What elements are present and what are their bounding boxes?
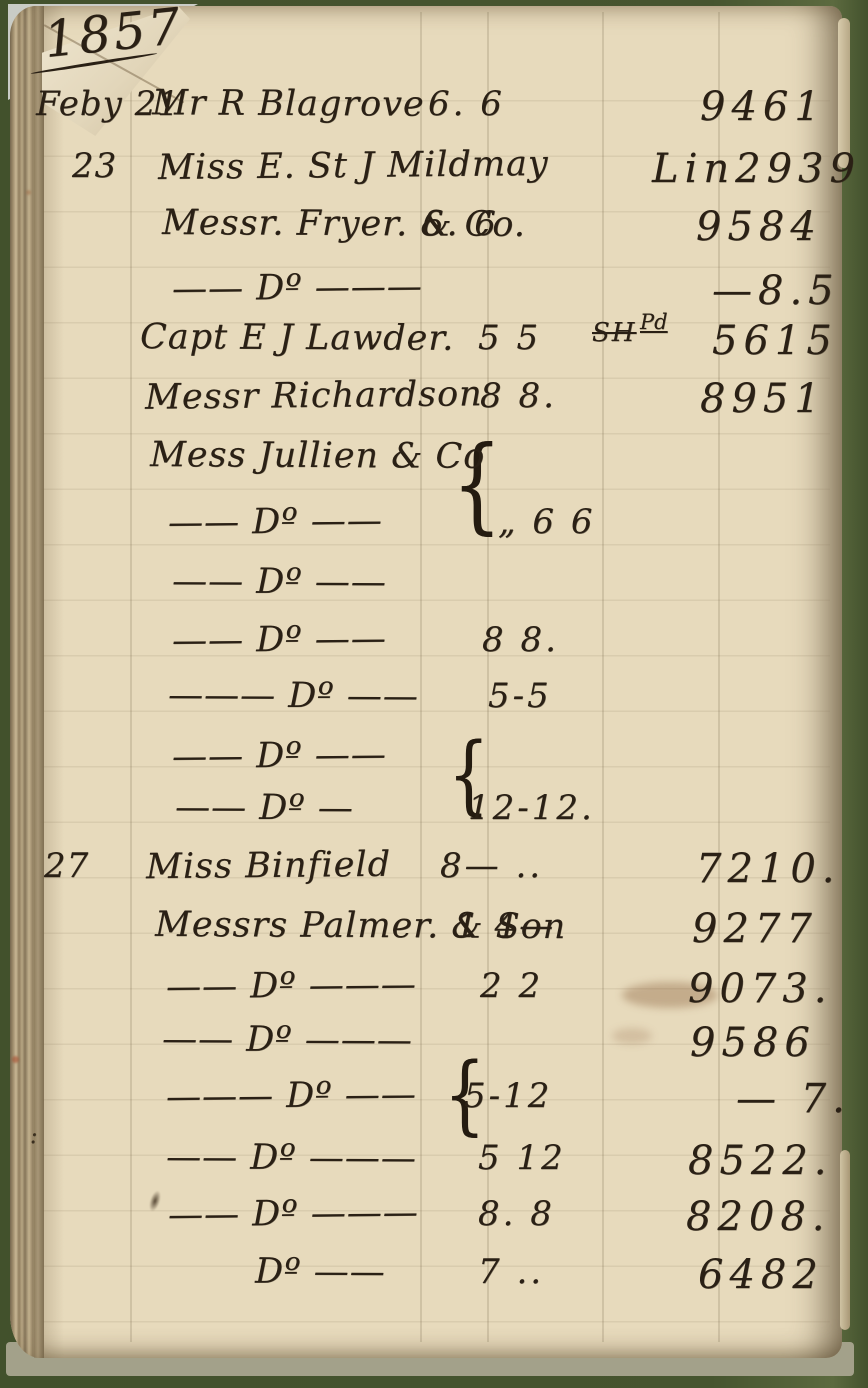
margin-mark: : (30, 1124, 37, 1149)
entry-name: Capt E J Lawder. (140, 317, 454, 359)
entry-folio: 5615 (712, 318, 838, 364)
entry-name: —— Dº —— (168, 501, 383, 543)
entry-amount: 8 8. (480, 376, 557, 416)
entry-name: —— Dº ——— (166, 965, 417, 1008)
entry-name: —— Dº —— (172, 561, 387, 602)
entry-date: 23 (72, 146, 117, 186)
next-page-edge (840, 1150, 850, 1330)
entry-name: Mess Jullien & Co (150, 435, 485, 477)
entry-name: Dº —— (255, 1252, 386, 1293)
binding-shadow (34, 6, 64, 1358)
ledger-photo: 1857 { { { : Feby 21 Mr R Blagrove 6. 6 … (0, 0, 868, 1388)
column-rule (130, 12, 132, 1342)
entry-amount: 5 12 (478, 1138, 566, 1178)
entry-amount: 1 4— (456, 906, 556, 946)
entry-folio: 8522. (688, 1138, 833, 1184)
entry-amount: 7 .. (478, 1252, 544, 1292)
entry-amount: 12-12. (468, 788, 595, 828)
entry-name: Miss Binfield (146, 845, 391, 888)
stain-spot (26, 190, 31, 195)
entry-name: —— Dº —— (172, 735, 387, 777)
entry-name: —— Dº ——— (166, 1137, 417, 1178)
entry-name: Mr R Blagrove (152, 83, 425, 124)
entry-folio: Lin2939 (652, 146, 861, 192)
entry-amount: 8. 8 (478, 1194, 555, 1234)
entry-amount: 5 5 (478, 318, 541, 358)
entry-note-paid: Pd (640, 310, 668, 334)
entry-amount: 8 8. (482, 620, 559, 660)
entry-folio: 9461 (700, 84, 826, 130)
entry-note-struck: SH (592, 318, 637, 348)
entry-date: 27 (44, 846, 89, 886)
entry-folio: —8.5 (712, 268, 840, 314)
ink-smudge (612, 1028, 652, 1044)
entry-amount: 5-12 (464, 1076, 552, 1116)
entry-name: ——— Dº —— (168, 675, 419, 716)
entry-folio: 9586 (690, 1020, 816, 1066)
entry-folio: 8951 (700, 376, 826, 422)
entry-folio: 9584 (696, 204, 822, 250)
entry-folio: 6482 (698, 1252, 824, 1298)
entry-name: —— Dº —— (172, 619, 387, 661)
stain-spot (12, 1056, 19, 1063)
entry-folio: 9073. (688, 966, 833, 1012)
entry-amount: 6. 6 (428, 84, 505, 124)
entry-amount: 5-5 (488, 676, 552, 716)
entry-folio: 8208. (686, 1194, 831, 1240)
entry-name: —— Dº — (175, 788, 354, 829)
entry-amount: 2 2 (480, 966, 543, 1006)
entry-amount: 8— .. (440, 846, 543, 886)
entry-name: Miss E. St J Mildmay (158, 144, 549, 188)
entry-folio: 9277 (692, 906, 818, 952)
entry-amount: „ 6 6 (498, 502, 596, 542)
entry-name: ——— Dº —— (166, 1075, 417, 1118)
entry-name: —— Dº ——— (162, 1019, 413, 1060)
entry-folio: — 7. (736, 1076, 851, 1122)
column-rule (602, 12, 604, 1342)
entry-name: —— Dº ——— (168, 1193, 419, 1236)
entry-amount: 6. 6 (422, 204, 499, 244)
entry-folio: 7210. (696, 846, 841, 892)
entry-name: Messr Richardson (145, 374, 483, 418)
entry-name: —— Dº ——— (172, 267, 423, 310)
